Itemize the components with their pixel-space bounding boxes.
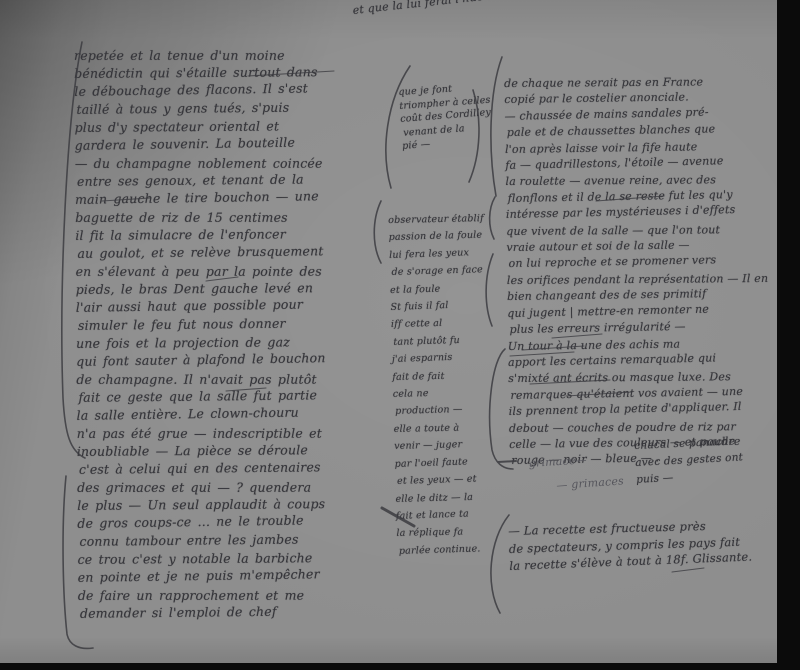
microfilm-scan: et que la lui ferai l'hue de m'occuper l… <box>0 0 800 670</box>
film-border-bottom <box>0 663 800 670</box>
handwritten-line: St fuis il fal <box>390 296 486 317</box>
handwritten-line: j'ai esparnis <box>392 348 488 369</box>
main-text-block: repetée et la tenue d'un moinebénédictin… <box>74 45 327 623</box>
handwritten-line: elle a toute à <box>394 419 490 438</box>
handwritten-line: observateur établif <box>388 210 484 229</box>
handwritten-line: connu tambour entre les jambes <box>79 530 329 551</box>
handwritten-line: c'est à celui qui en des centenaires <box>79 458 329 479</box>
film-border-right <box>777 0 800 670</box>
chacal-side-note: chacal se panacheavec des gestes ontpuis… <box>634 432 744 489</box>
handwritten-line: simuler le feu fut nous donner <box>78 314 328 335</box>
handwritten-line: la salle entière. Le clown-chouru <box>76 403 326 425</box>
handwritten-line: taillé à tous y gens tués, s'puis <box>76 98 326 119</box>
handwritten-line: l'air aussi haut que possible pour <box>76 295 326 317</box>
handwritten-line: de s'orage en face <box>391 261 487 281</box>
handwritten-line: production — <box>395 401 491 421</box>
handwritten-line: repetée et la tenue d'un moine <box>74 47 323 65</box>
grimace-pencil-scribbles: grimace—— grimaces <box>528 445 625 499</box>
handwritten-line: parlée continue. <box>399 540 495 560</box>
handwritten-line: des grimaces et qui — ? quendera <box>77 479 326 497</box>
right-text-column: de chaque ne serait pas en Francecopié p… <box>504 72 771 469</box>
handwritten-line: de gros coups-ce ... ne le trouble <box>77 511 327 533</box>
handwritten-line: fait et lance ta <box>396 505 492 526</box>
handwritten-line: qui font sauter à plafond le bouchon <box>76 349 326 371</box>
handwritten-line: au goulot, et se relève brusquement <box>77 242 327 263</box>
handwritten-line: en pointe et je ne puis m'empêcher <box>78 565 328 587</box>
handwritten-line: de chaque ne serait pas en France <box>504 74 765 92</box>
handwritten-line: fait de fait <box>392 367 488 386</box>
handwritten-line: les orifices pendant la représentation —… <box>507 271 768 289</box>
middle-annotation-block-a: que je fonttriompher à cellescoût des Co… <box>398 80 494 154</box>
handwritten-line: — grimaces <box>556 469 625 498</box>
handwritten-line: main gauche le tire bouchon — une <box>75 187 325 209</box>
handwritten-line: on lui reproche et se promener vers <box>508 252 770 273</box>
handwritten-line: en s'élevant à peu par la pointe des <box>76 263 325 281</box>
recette-bottom-note: — La recette est fructueuse prèsde spect… <box>508 515 753 575</box>
handwritten-line: et les yeux — et <box>397 470 493 490</box>
handwritten-line: baguette de riz de 15 centimes <box>75 209 324 227</box>
handwritten-line: n'a pas été grue — indescriptible et <box>77 425 326 443</box>
handwritten-line: que vivent de la salle — que l'on tout <box>506 222 767 240</box>
middle-annotation-block-b: observateur établifpassion de la foulelu… <box>388 209 493 560</box>
handwritten-line: gardera le souvenir. La bouteille <box>75 133 325 155</box>
handwritten-line: demander si l'emploi de chef <box>80 602 330 623</box>
handwritten-line: le débouchage des flacons. Il s'est <box>74 79 324 101</box>
